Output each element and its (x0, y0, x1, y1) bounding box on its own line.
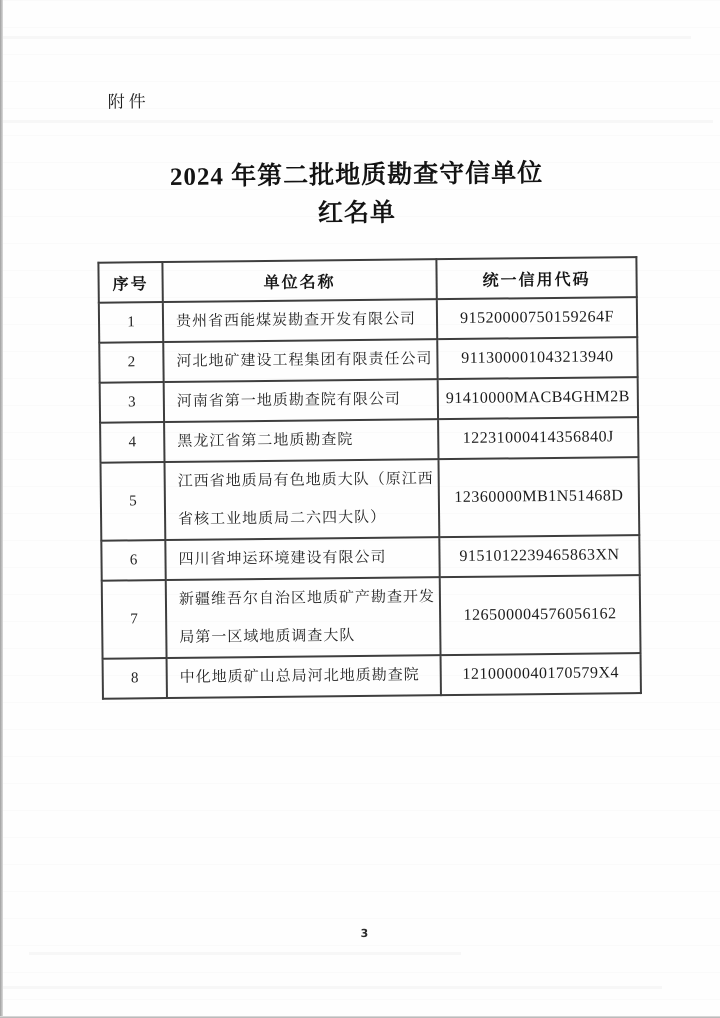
header-credit-code: 统一信用代码 (436, 257, 636, 299)
cell-serial-number: 2 (99, 342, 163, 383)
cell-unit-name: 黑龙江省第二地质勘查院 (164, 419, 438, 462)
cell-serial-number: 5 (101, 462, 166, 541)
cell-unit-name: 新疆维吾尔自治区地质矿产勘查开发局第一区域地质调查大队 (166, 577, 441, 658)
table-row: 8 中化地质矿山总局河北地质勘查院 1210000040170579X4 (103, 653, 641, 699)
cell-serial-number: 4 (100, 422, 164, 463)
cell-credit-code: 126500004576056162 (440, 575, 641, 655)
scanned-page-background: 附件 2024 年第二批地质勘查守信单位 红名单 序号 单位名称 统一信用代码 … (0, 0, 720, 1018)
table-row: 7 新疆维吾尔自治区地质矿产勘查开发局第一区域地质调查大队 1265000045… (102, 575, 641, 659)
cell-credit-code: 12231000414356840J (438, 417, 638, 459)
document-title-line2: 红名单 (0, 191, 717, 237)
cell-unit-name: 江西省地质局有色地质大队（原江西省核工业地质局二六四大队） (164, 459, 439, 540)
trustworthy-units-table: 序号 单位名称 统一信用代码 1 贵州省西能煤炭勘查开发有限公司 9152000… (97, 256, 642, 700)
cell-serial-number: 6 (101, 540, 165, 581)
cell-serial-number: 3 (100, 382, 164, 423)
cell-unit-name: 河北地矿建设工程集团有限责任公司 (163, 339, 437, 382)
cell-credit-code: 12360000MB1N51468D (438, 457, 639, 537)
header-serial-number: 序号 (98, 262, 162, 303)
header-unit-name: 单位名称 (162, 259, 436, 302)
cell-unit-name: 中化地质矿山总局河北地质勘查院 (167, 655, 441, 698)
cell-unit-name: 贵州省西能煤炭勘查开发有限公司 (163, 299, 437, 342)
page-number: 3 (4, 923, 720, 944)
cell-unit-name: 四川省坤运环境建设有限公司 (165, 537, 439, 580)
cell-serial-number: 8 (103, 658, 167, 699)
table-row: 3 河南省第一地质勘查院有限公司 91410000MACB4GHM2B (100, 377, 638, 423)
table-row: 4 黑龙江省第二地质勘查院 12231000414356840J (100, 417, 638, 463)
table-row: 2 河北地矿建设工程集团有限责任公司 911300001043213940 (99, 337, 637, 383)
cell-credit-code: 911300001043213940 (437, 337, 637, 379)
scan-edge-left (0, 0, 3, 1018)
table-row: 1 贵州省西能煤炭勘查开发有限公司 91520000750159264F (99, 297, 637, 343)
cell-credit-code: 91520000750159264F (437, 297, 637, 339)
cell-serial-number: 1 (99, 302, 163, 343)
document-title: 2024 年第二批地质勘查守信单位 红名单 (0, 153, 717, 237)
cell-serial-number: 7 (102, 580, 167, 659)
cell-unit-name: 河南省第一地质勘查院有限公司 (164, 379, 438, 422)
table-header-row: 序号 单位名称 统一信用代码 (98, 257, 636, 303)
cell-credit-code: 1210000040170579X4 (441, 653, 641, 695)
table-row: 6 四川省坤运环境建设有限公司 9151012239465863XN (101, 535, 639, 581)
attachment-label: 附件 (108, 87, 150, 112)
document-content: 附件 2024 年第二批地质勘查守信单位 红名单 序号 单位名称 统一信用代码 … (0, 0, 720, 1018)
table-header: 序号 单位名称 统一信用代码 (98, 257, 636, 303)
table-row: 5 江西省地质局有色地质大队（原江西省核工业地质局二六四大队） 12360000… (101, 457, 640, 541)
roster-body: 1 贵州省西能煤炭勘查开发有限公司 91520000750159264F 2 河… (99, 297, 641, 699)
cell-credit-code: 91410000MACB4GHM2B (438, 377, 638, 419)
cell-credit-code: 9151012239465863XN (439, 535, 639, 577)
